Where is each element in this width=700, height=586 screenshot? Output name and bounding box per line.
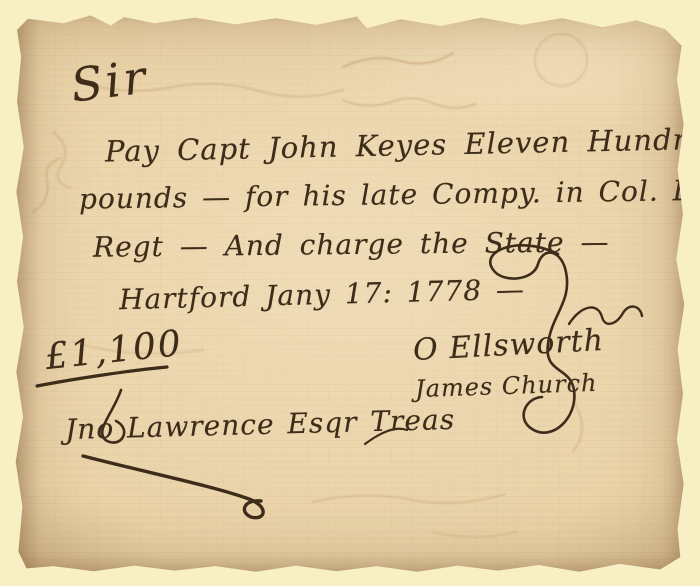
scanner-bed-background: Sir Pay Capt John Keyes Eleven Hundred p… bbox=[0, 0, 700, 586]
scanned-document-image: { "document": { "salutation": "Sir", "bo… bbox=[0, 0, 700, 586]
body-line-1: Pay Capt John Keyes Eleven Hundred bbox=[105, 122, 700, 169]
addressee-flourish bbox=[83, 456, 263, 518]
body-line-3: Regt — And charge the State — bbox=[93, 225, 610, 263]
signature-church: James Church bbox=[415, 369, 598, 403]
body-line-2: pounds — for his late Compy. in Col. Ely… bbox=[79, 173, 700, 215]
signature-ellsworth: O Ellsworth bbox=[412, 323, 605, 368]
amount-figure: £1,100 bbox=[43, 323, 184, 378]
addressee-line: Jno Lawrence Esqr Treas bbox=[65, 403, 456, 446]
place-date-line: Hartford Jany 17: 1778 — bbox=[119, 273, 526, 317]
paraph-tail bbox=[569, 307, 642, 324]
document-paper: Sir Pay Capt John Keyes Eleven Hundred p… bbox=[13, 12, 687, 574]
salutation-text: Sir bbox=[68, 49, 151, 112]
